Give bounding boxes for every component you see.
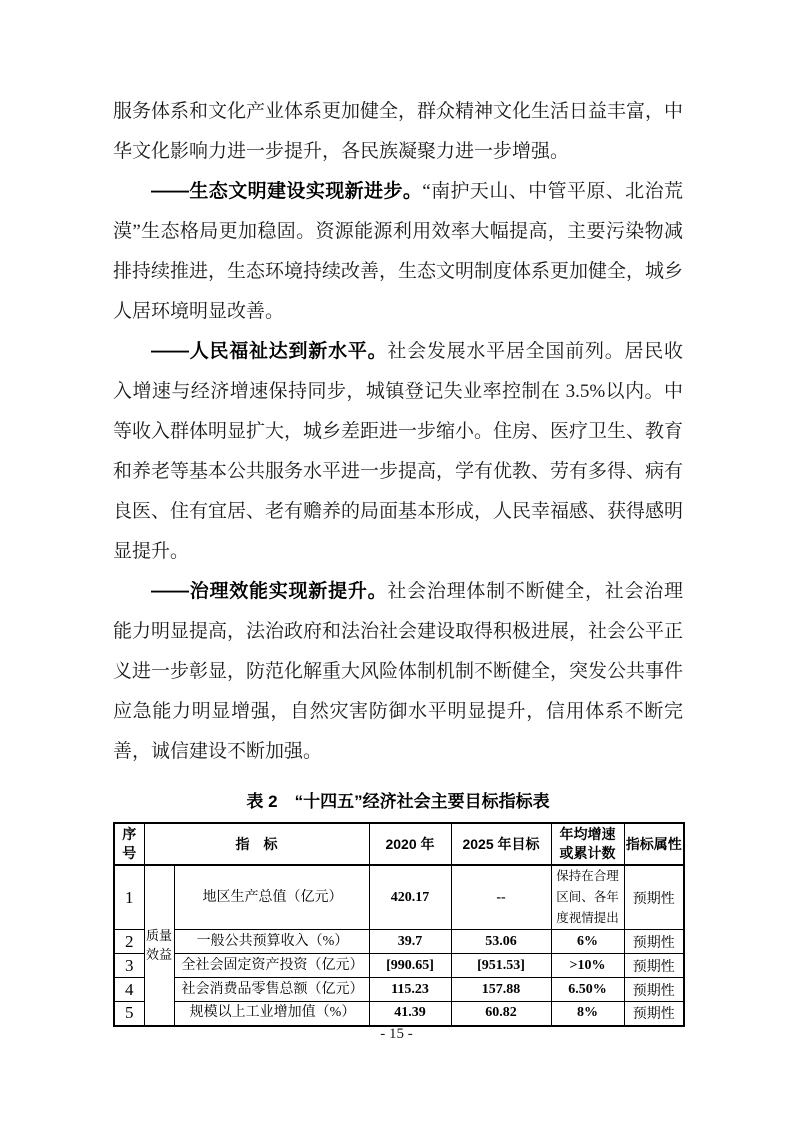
cell-indicator: 社会消费品零售总额（亿元）: [174, 978, 369, 1002]
table-row: 1 质量 效益 地区生产总值（亿元） 420.17 -- 保持在合理区间、各年度…: [114, 865, 684, 930]
paragraph-text: 社会发展水平居全国前列。居民收入增速与经济增速保持同步，城镇登记失业率控制在 3…: [113, 341, 683, 562]
indicators-table: 序号 指 标 2020 年 2025 年目标 年均增速 或累计数 指标属性 1 …: [113, 822, 685, 1027]
header-indicator: 指 标: [144, 823, 369, 865]
cell-2020-value: 39.7: [369, 930, 451, 954]
cell-2025-value: [951.53]: [451, 954, 551, 978]
cell-category-group: 质量 效益: [144, 865, 174, 1026]
paragraph-lead: ——治理效能实现新提升。: [151, 581, 387, 602]
header-growth: 年均增速 或累计数: [551, 823, 624, 865]
paragraph: ——治理效能实现新提升。社会治理体制不断健全，社会治理能力明显提高，法治政府和法…: [113, 572, 683, 772]
cell-growth-value: 8%: [551, 1002, 624, 1026]
table-row: 2 一般公共预算收入（%） 39.7 53.06 6% 预期性: [114, 930, 684, 954]
paragraph-text: 社会治理体制不断健全，社会治理能力明显提高，法治政府和法治社会建设取得积极进展，…: [113, 581, 683, 762]
cell-indicator: 全社会固定资产投资（亿元）: [174, 954, 369, 978]
cell-attribute: 预期性: [624, 1002, 684, 1026]
header-no: 序号: [114, 823, 144, 865]
cell-attribute: 预期性: [624, 865, 684, 930]
table-row: 4 社会消费品零售总额（亿元） 115.23 157.88 6.50% 预期性: [114, 978, 684, 1002]
cell-indicator: 规模以上工业增加值（%）: [174, 1002, 369, 1026]
paragraph-lead: ——生态文明建设实现新进步。: [151, 181, 422, 202]
cell-2020-value: 115.23: [369, 978, 451, 1002]
table-body: 1 质量 效益 地区生产总值（亿元） 420.17 -- 保持在合理区间、各年度…: [114, 865, 684, 1026]
table-row: 3 全社会固定资产投资（亿元） [990.65] [951.53] >10% 预…: [114, 954, 684, 978]
cell-attribute: 预期性: [624, 954, 684, 978]
header-2020: 2020 年: [369, 823, 451, 865]
cell-no: 5: [114, 1002, 144, 1026]
cell-no: 2: [114, 930, 144, 954]
cell-growth-value: 6.50%: [551, 978, 624, 1002]
paragraph-text: “南护天山、中管平原、北治荒漠”生态格局更加稳固。资源能源利用效率大幅提高，主要…: [113, 181, 683, 322]
cell-2025-value: 60.82: [451, 1002, 551, 1026]
paragraph: ——生态文明建设实现新进步。“南护天山、中管平原、北治荒漠”生态格局更加稳固。资…: [113, 172, 683, 332]
paragraph-text: 服务体系和文化产业体系更加健全，群众精神文化生活日益丰富，中华文化影响力进一步提…: [113, 101, 683, 162]
paragraph: ——人民福祉达到新水平。社会发展水平居全国前列。居民收入增速与经济增速保持同步，…: [113, 332, 683, 572]
header-2025-target: 2025 年目标: [451, 823, 551, 865]
table-row: 5 规模以上工业增加值（%） 41.39 60.82 8% 预期性: [114, 1002, 684, 1026]
document-page: 服务体系和文化产业体系更加健全，群众精神文化生活日益丰富，中华文化影响力进一步提…: [0, 0, 793, 1122]
cell-indicator: 一般公共预算收入（%）: [174, 930, 369, 954]
page-number: - 15 -: [0, 1026, 793, 1043]
cell-2020-value: [990.65]: [369, 954, 451, 978]
cell-no: 4: [114, 978, 144, 1002]
cell-no: 3: [114, 954, 144, 978]
cell-attribute: 预期性: [624, 930, 684, 954]
cell-growth-value: 保持在合理区间、各年度视情提出: [551, 865, 624, 930]
cell-2020-value: 420.17: [369, 865, 451, 930]
cell-2025-value: --: [451, 865, 551, 930]
paragraph: 服务体系和文化产业体系更加健全，群众精神文化生活日益丰富，中华文化影响力进一步提…: [113, 92, 683, 172]
cell-2025-value: 53.06: [451, 930, 551, 954]
cell-2025-value: 157.88: [451, 978, 551, 1002]
cell-2020-value: 41.39: [369, 1002, 451, 1026]
cell-attribute: 预期性: [624, 978, 684, 1002]
cell-growth-value: 6%: [551, 930, 624, 954]
cell-indicator: 地区生产总值（亿元）: [174, 865, 369, 930]
cell-growth-value: >10%: [551, 954, 624, 978]
table-title: 表 2 “十四五”经济社会主要目标指标表: [113, 791, 683, 813]
paragraph-lead: ——人民福祉达到新水平。: [151, 341, 387, 362]
cell-no: 1: [114, 865, 144, 930]
header-attribute: 指标属性: [624, 823, 684, 865]
table-header: 序号 指 标 2020 年 2025 年目标 年均增速 或累计数 指标属性: [114, 823, 684, 865]
page-content: 服务体系和文化产业体系更加健全，群众精神文化生活日益丰富，中华文化影响力进一步提…: [113, 92, 683, 1027]
